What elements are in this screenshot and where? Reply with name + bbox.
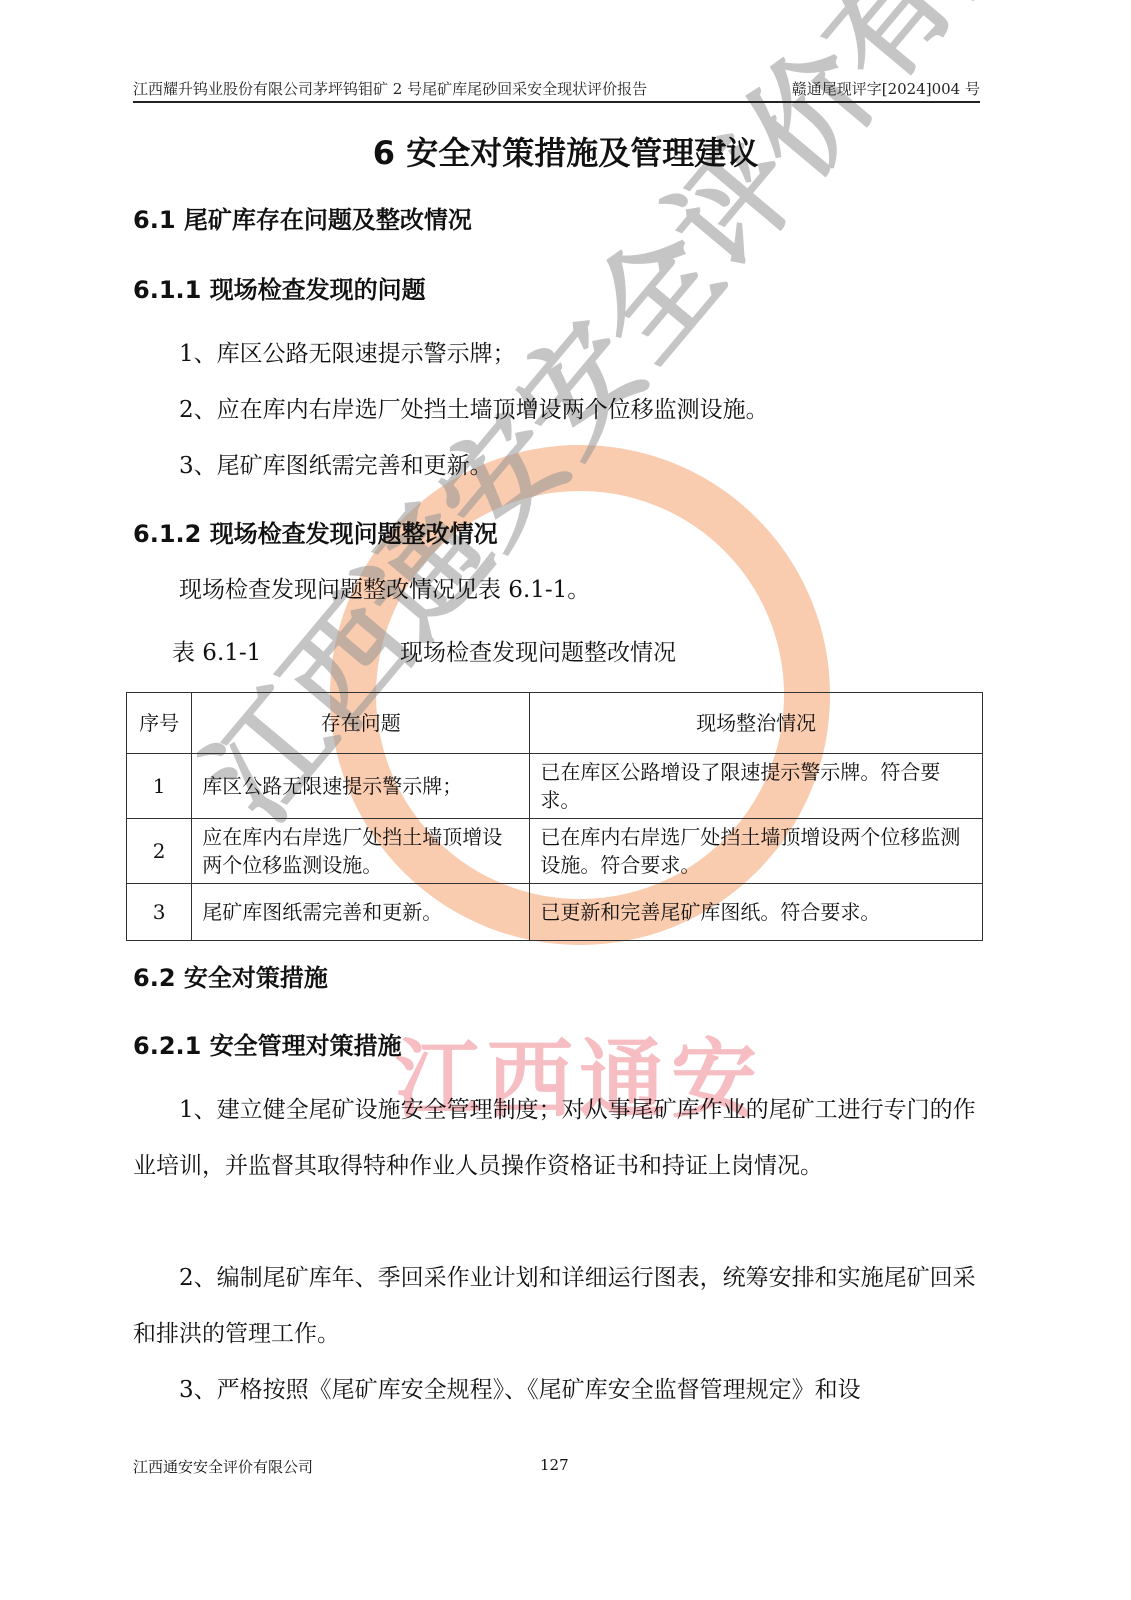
chapter-title: 6 安全对策措施及管理建议 (0, 128, 1131, 174)
header-rule (133, 101, 980, 103)
heading-6-2-1: 6.2.1 安全管理对策措施 (133, 1026, 402, 1061)
header-report-title: 江西耀升钨业股份有限公司茅坪钨钼矿 2 号尾矿库尾砂回采安全现状评价报告 (133, 78, 647, 99)
cell-status: 已在库内右岸选厂处挡土墙顶增设两个位移监测设施。符合要求。 (530, 819, 983, 884)
column-header-status: 现场整治情况 (530, 693, 983, 754)
issue-item: 3、尾矿库图纸需完善和更新。 (133, 438, 980, 494)
table-row: 3 尾矿库图纸需完善和更新。 已更新和完善尾矿库图纸。符合要求。 (127, 884, 983, 941)
footer-company: 江西通安安全评价有限公司 (133, 1456, 313, 1477)
cell-issue: 尾矿库图纸需完善和更新。 (192, 884, 530, 941)
table-header-row: 序号 存在问题 现场整治情况 (127, 693, 983, 754)
heading-6-2: 6.2 安全对策措施 (133, 958, 328, 993)
heading-6-1-2: 6.1.2 现场检查发现问题整改情况 (133, 514, 498, 549)
cell-issue: 应在库内右岸选厂处挡土墙顶增设两个位移监测设施。 (192, 819, 530, 884)
table-caption-title: 现场检查发现问题整改情况 (400, 634, 676, 667)
page-header: 江西耀升钨业股份有限公司茅坪钨钼矿 2 号尾矿库尾砂回采安全现状评价报告 赣通尾… (133, 78, 980, 99)
column-header-index: 序号 (127, 693, 192, 754)
cell-index: 3 (127, 884, 192, 941)
table-row: 1 库区公路无限速提示警示牌； 已在库区公路增设了限速提示警示牌。符合要求。 (127, 754, 983, 819)
issue-item: 2、应在库内右岸选厂处挡土墙顶增设两个位移监测设施。 (133, 382, 980, 438)
rectification-table: 序号 存在问题 现场整治情况 1 库区公路无限速提示警示牌； 已在库区公路增设了… (126, 692, 983, 941)
document-page: 江西通安 江西通安安全评价有限公司 江西耀升钨业股份有限公司茅坪钨钼矿 2 号尾… (0, 0, 1131, 1600)
cell-issue: 库区公路无限速提示警示牌； (192, 754, 530, 819)
heading-6-1: 6.1 尾矿库存在问题及整改情况 (133, 200, 472, 235)
cell-status: 已更新和完善尾矿库图纸。符合要求。 (530, 884, 983, 941)
issue-item: 1、库区公路无限速提示警示牌； (133, 326, 980, 382)
measure-paragraph: 1、建立健全尾矿设施安全管理制度；对从事尾矿库作业的尾矿工进行专门的作业培训，并… (133, 1082, 980, 1194)
cell-index: 1 (127, 754, 192, 819)
measure-paragraph: 3、严格按照《尾矿库安全规程》、《尾矿库安全监督管理规定》和设 (133, 1362, 980, 1418)
heading-6-1-1: 6.1.1 现场检查发现的问题 (133, 270, 426, 305)
table-row: 2 应在库内右岸选厂处挡土墙顶增设两个位移监测设施。 已在库内右岸选厂处挡土墙顶… (127, 819, 983, 884)
cell-index: 2 (127, 819, 192, 884)
measure-paragraph: 2、编制尾矿库年、季回采作业计划和详细运行图表，统筹安排和实施尾矿回采和排洪的管… (133, 1250, 980, 1362)
table-caption-number: 表 6.1-1 (172, 634, 261, 667)
page-number: 127 (540, 1456, 569, 1474)
header-report-number: 赣通尾现评字[2024]004 号 (792, 78, 980, 99)
cell-status: 已在库区公路增设了限速提示警示牌。符合要求。 (530, 754, 983, 819)
table-reference-text: 现场检查发现问题整改情况见表 6.1-1。 (133, 562, 980, 618)
column-header-issue: 存在问题 (192, 693, 530, 754)
